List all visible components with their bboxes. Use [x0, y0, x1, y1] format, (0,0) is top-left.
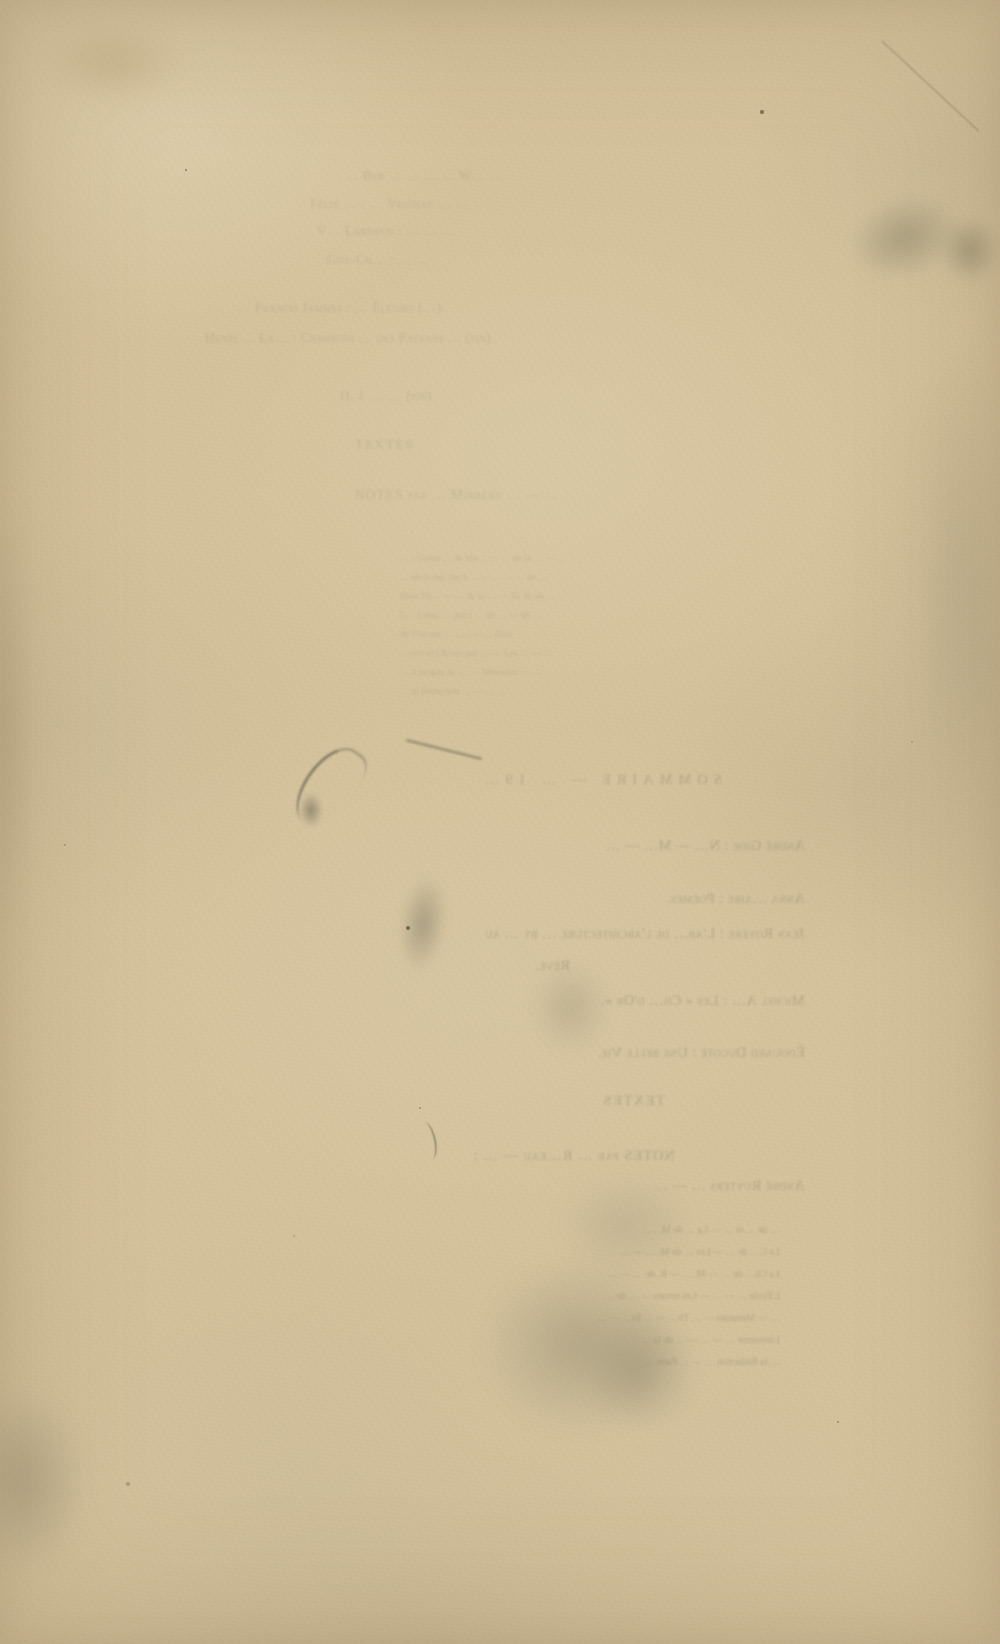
page-vignette: [0, 0, 1000, 1644]
aged-book-page-scan: … Ber … … … … W… … Félix … : … Vrignac ……: [0, 0, 1000, 1644]
